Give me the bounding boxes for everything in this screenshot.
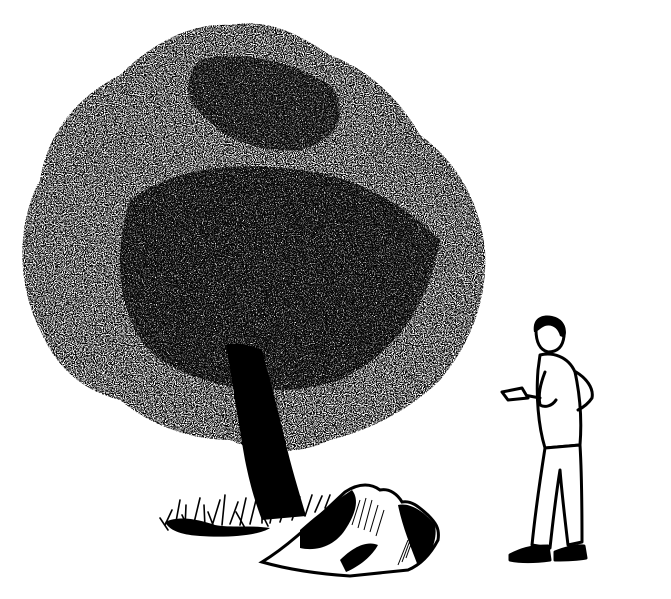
man-paper (502, 388, 528, 400)
man-shoe-left (510, 546, 550, 562)
illustration-canvas (0, 0, 671, 599)
man (502, 316, 592, 562)
tree (22, 23, 485, 520)
man-legs (532, 445, 582, 548)
man-shoe-right (555, 546, 586, 560)
man-torso (537, 354, 581, 448)
